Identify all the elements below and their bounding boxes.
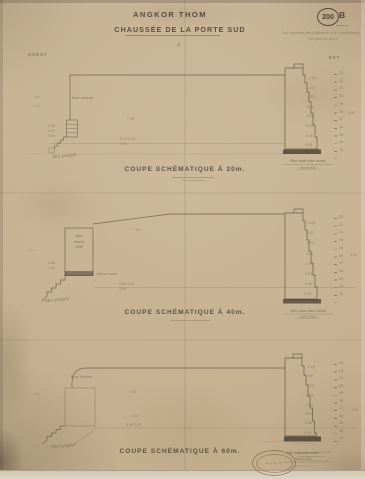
archive-oval-stamp-inner	[256, 454, 293, 473]
tower-base-band	[284, 437, 321, 442]
handwritten-note-line1: Les hauteurs des distances et du nivelle…	[282, 31, 362, 35]
s3-side-number: 4.50	[351, 408, 358, 412]
tower-base-band	[283, 150, 321, 155]
s2-ground-numbers: 4.08 4.04 3.94	[119, 282, 134, 291]
s3-scale-ticks	[334, 364, 337, 446]
ladder-rungs	[67, 124, 78, 132]
s1-ground-numbers: 8.10 8.04 7.94	[120, 137, 135, 146]
s1-caption-underline-2	[182, 180, 206, 181]
scanned-drawing-sheet: ANGKOR THOM CHAUSSÉE DE LA PORTE SUD 200…	[0, 0, 365, 479]
tower-profile-left	[285, 213, 303, 299]
s1-caption: COUPE SCHÉMATIQUE À 20m.	[120, 166, 250, 173]
orientation-west-label: OUEST	[28, 52, 47, 57]
pencil-smudge	[299, 460, 329, 461]
s1-tower-caption-line1: Mur haut côté ouest	[279, 158, 337, 163]
s2-found-wall-label: Mur trouvé 1930	[64, 234, 94, 251]
tower-profile-left	[285, 358, 302, 436]
s1-scale-ticks	[334, 74, 337, 159]
archive-oval-stamp: E F E O	[252, 450, 296, 476]
causeway-top-line	[93, 214, 285, 224]
s2-caption: COUPE SCHÉMATIQUE À 40m.	[120, 309, 250, 316]
subtitle-underline	[125, 35, 220, 36]
s1-side-number: 4.50	[348, 111, 355, 115]
s2-side-number: 4.50	[350, 253, 357, 257]
stair-steps	[55, 137, 67, 149]
reference-letter: B	[339, 10, 345, 20]
label-arrow	[75, 431, 93, 444]
s3-wall-label: Mur actuel	[71, 374, 93, 379]
s2-left-numbers: 1.08 1.02	[48, 261, 55, 271]
step-block	[49, 148, 54, 153]
s3-mid-number: 7.00	[129, 390, 136, 394]
orientation-east-label: EST	[329, 55, 340, 60]
material-band	[65, 272, 93, 276]
s1-wall-label: Mur actuel	[72, 95, 94, 100]
s1-caption-underline	[172, 177, 214, 178]
reference-stamp-circle: 200	[317, 8, 339, 26]
s1-left-numbers: 4.08 4.02 3.94	[48, 124, 55, 138]
s2-mid-number: 7.94	[133, 228, 140, 232]
s3-scale-numbers: 23 22 21 20 19 18 17 16 15 14 13	[339, 360, 343, 443]
level-ticks	[34, 97, 40, 106]
s2-tower-caption-line1: Mur haut côté ouest	[279, 308, 337, 313]
reference-number: 200	[322, 14, 334, 21]
s1-tower-caption-line2: relevé 1930	[289, 166, 327, 170]
stair-steps	[42, 426, 65, 444]
page-title: ANGKOR THOM	[95, 10, 245, 19]
reference-underline	[336, 25, 348, 26]
pencil-smudge	[292, 443, 314, 444]
tower-finial	[294, 64, 303, 68]
s2-scale-numbers: 23 22 21 20 19 18 17 16 15 14 13	[339, 214, 343, 299]
s1-scale-numbers: 23 22 21 20 19 18 17 16 15 14 13	[339, 70, 343, 155]
s3-ground-numbers: 3.48 3.44	[126, 423, 141, 428]
s3-caption: COUPE SCHÉMATIQUE À 60m.	[115, 448, 245, 455]
s2-band-label: Grès trouvé	[97, 272, 117, 276]
tower-finial	[293, 354, 302, 358]
s1-mid-number: 7.50	[127, 117, 134, 121]
s2-scale-ticks	[334, 218, 337, 303]
tower-finial	[294, 209, 303, 213]
wall-block-outline	[65, 388, 95, 426]
page-subtitle: CHAUSSÉE DE LA PORTE SUD	[85, 25, 275, 34]
tower-base-band	[283, 299, 321, 304]
handwritten-note-line2: sur plan au carré	[292, 37, 354, 41]
s2-tower-caption-line2: relevé 1930	[289, 315, 327, 319]
s2-caption-underline	[170, 320, 210, 321]
pencil-smudge	[297, 456, 325, 457]
s3-mid-number-2: 4.00	[131, 414, 138, 418]
tower-profile-left	[285, 68, 303, 149]
